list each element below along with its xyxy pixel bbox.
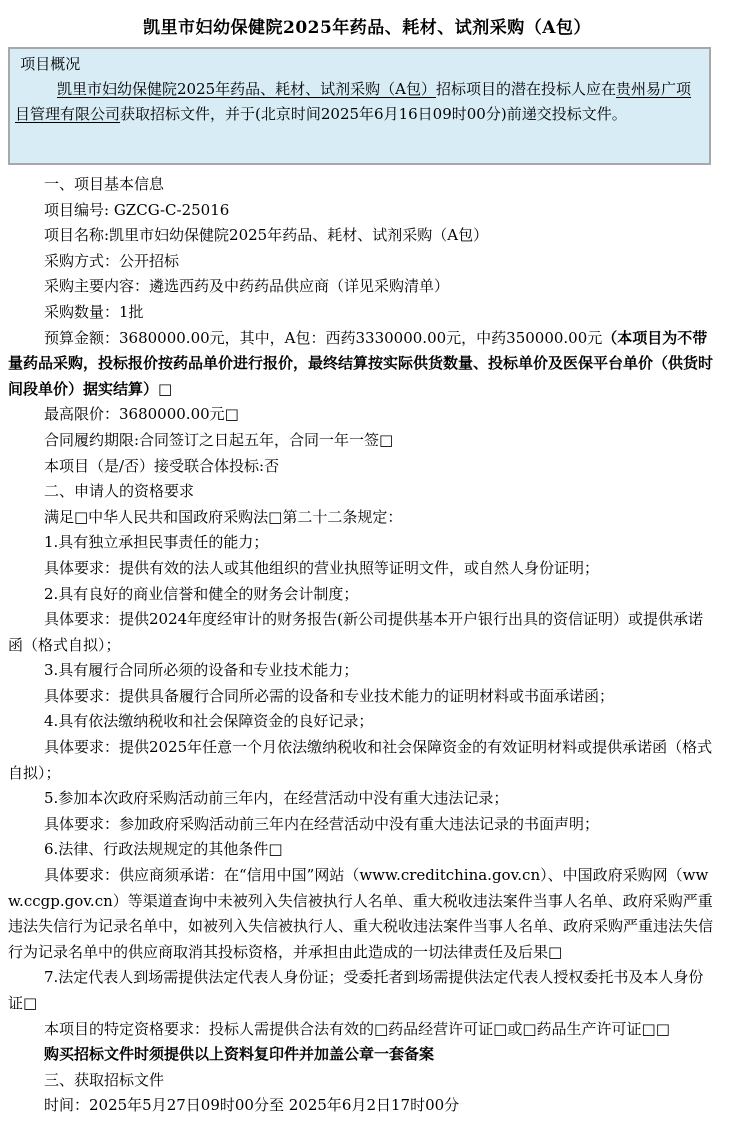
text-segment: 满足□中华人民共和国政府采购法□第二十二条规定： bbox=[44, 508, 402, 526]
text-segment: 本项目（是/否）接受联合体投标:否 bbox=[44, 457, 279, 475]
text-segment: 最高限价：3680000.00元□ bbox=[44, 405, 239, 423]
text-segment: 具体要求：提供2024年度经审计的财务报告(新公司提供基本开户银行出具的资信证明… bbox=[8, 610, 703, 654]
text-segment: 5.参加本次政府采购活动前三年内，在经营活动中没有重大违法记录； bbox=[44, 789, 508, 807]
procurement-quantity: 采购数量：1批 bbox=[8, 300, 718, 326]
text-segment: 合同履约期限:合同签订之日起五年，合同一年一签□ bbox=[44, 431, 393, 449]
section-heading-qualification: 二、申请人的资格要求 bbox=[8, 479, 718, 505]
section-heading-obtain-documents: 三、获取招标文件 bbox=[8, 1068, 718, 1094]
requirement-2-detail: 具体要求：提供2024年度经审计的财务报告(新公司提供基本开户银行出具的资信证明… bbox=[8, 607, 718, 658]
text-segment: 具体要求：提供2025年任意一个月依法缴纳税收和社会保障资金的有效证明材料或提供… bbox=[8, 738, 712, 782]
text-segment: 本项目的特定资格要求：投标人需提供合法有效的□药品经营许可证□或□药品生产许可证… bbox=[44, 1020, 670, 1038]
text-segment: 具体要求：供应商须承诺：在“信用中国”网站（www.creditchina.go… bbox=[8, 866, 713, 961]
overview-project-name-link: 凯里市妇幼保健院2025年药品、耗材、试剂采购（A包） bbox=[57, 80, 436, 98]
max-price-limit: 最高限价：3680000.00元□ bbox=[8, 402, 718, 428]
text-segment: 二、申请人的资格要求 bbox=[44, 482, 194, 500]
consortium-bidding: 本项目（是/否）接受联合体投标:否 bbox=[8, 454, 718, 480]
text-segment: 采购主要内容：遴选西药及中药药品供应商（详见采购清单） bbox=[44, 277, 449, 295]
document-body: 一、项目基本信息项目编号: GZCG-C-25016项目名称:凯里市妇幼保健院2… bbox=[0, 165, 734, 1129]
text-segment: 1.具有独立承担民事责任的能力； bbox=[44, 533, 268, 551]
page-title: 凯里市妇幼保健院2025年药品、耗材、试剂采购（A包） bbox=[0, 0, 734, 47]
text-segment: 7.法定代表人到场需提供法定代表人身份证；受委托者到场需提供法定代表人授权委托书… bbox=[8, 968, 703, 1012]
requirement-1: 1.具有独立承担民事责任的能力； bbox=[8, 530, 718, 556]
requirement-5: 5.参加本次政府采购活动前三年内，在经营活动中没有重大违法记录； bbox=[8, 786, 718, 812]
project-overview-box: 项目概况 凯里市妇幼保健院2025年药品、耗材、试剂采购（A包）招标项目的潜在投… bbox=[8, 47, 711, 165]
overview-text-end: 获取招标文件，并于(北京时间2025年6月16日09时00分)前递交投标文件。 bbox=[120, 105, 627, 123]
text-segment: 6.法律、行政法规规定的其他条件□ bbox=[44, 840, 283, 858]
obtain-time: 时间：2025年5月27日09时00分至 2025年6月2日17时00分 bbox=[8, 1093, 718, 1119]
text-segment: 具体要求：提供有效的法人或其他组织的营业执照等证明文件，或自然人身份证明； bbox=[44, 559, 599, 577]
text-segment: 具体要求：提供具备履行合同所必需的设备和专业技术能力的证明材料或书面承诺函； bbox=[44, 687, 614, 705]
text-segment: 三、获取招标文件 bbox=[44, 1071, 164, 1089]
requirement-3: 3.具有履行合同所必须的设备和专业技术能力； bbox=[8, 658, 718, 684]
procurement-method: 采购方式：公开招标 bbox=[8, 249, 718, 275]
requirement-4: 4.具有依法缴纳税收和社会保障资金的良好记录； bbox=[8, 709, 718, 735]
contract-period: 合同履约期限:合同签订之日起五年，合同一年一签□ bbox=[8, 428, 718, 454]
text-segment: 3.具有履行合同所必须的设备和专业技术能力； bbox=[44, 661, 358, 679]
overview-label: 项目概况 bbox=[15, 52, 699, 77]
requirement-3-detail: 具体要求：提供具备履行合同所必需的设备和专业技术能力的证明材料或书面承诺函； bbox=[8, 684, 718, 710]
text-segment: 2.具有良好的商业信誉和健全的财务会计制度； bbox=[44, 585, 358, 603]
bold-text-segment: 购买招标文件时须提供以上资料复印件并加盖公章一套备案 bbox=[44, 1045, 434, 1063]
text-segment: 4.具有依法缴纳税收和社会保障资金的良好记录； bbox=[44, 712, 373, 730]
requirement-2: 2.具有良好的商业信誉和健全的财务会计制度； bbox=[8, 582, 718, 608]
requirement-1-detail: 具体要求：提供有效的法人或其他组织的营业执照等证明文件，或自然人身份证明； bbox=[8, 556, 718, 582]
text-segment: 项目编号: GZCG-C-25016 bbox=[44, 201, 229, 219]
requirement-5-detail: 具体要求：参加政府采购活动前三年内在经营活动中没有重大违法记录的书面声明； bbox=[8, 812, 718, 838]
text-segment: □ bbox=[158, 380, 172, 398]
text-segment: 采购方式：公开招标 bbox=[44, 252, 179, 270]
text-segment: 一、项目基本信息 bbox=[44, 175, 164, 193]
specific-qualification: 本项目的特定资格要求：投标人需提供合法有效的□药品经营许可证□或□药品生产许可证… bbox=[8, 1017, 718, 1043]
purchase-document-note: 购买招标文件时须提供以上资料复印件并加盖公章一套备案 bbox=[8, 1042, 718, 1068]
overview-text-mid: 招标项目的潜在投标人应在 bbox=[436, 80, 616, 98]
text-segment: 预算金额：3680000.00元，其中，A包：西药3330000.00元，中药3… bbox=[44, 329, 602, 347]
text-segment: 具体要求：参加政府采购活动前三年内在经营活动中没有重大违法记录的书面声明； bbox=[44, 815, 599, 833]
text-segment: 项目名称:凯里市妇幼保健院2025年药品、耗材、试剂采购（A包） bbox=[44, 226, 488, 244]
document-page: 凯里市妇幼保健院2025年药品、耗材、试剂采购（A包） 项目概况 凯里市妇幼保健… bbox=[0, 0, 734, 1129]
text-segment: 采购数量：1批 bbox=[44, 303, 144, 321]
project-name: 项目名称:凯里市妇幼保健院2025年药品、耗材、试剂采购（A包） bbox=[8, 223, 718, 249]
budget-amount: 预算金额：3680000.00元，其中，A包：西药3330000.00元，中药3… bbox=[8, 326, 718, 403]
section-heading-basic-info: 一、项目基本信息 bbox=[8, 172, 718, 198]
requirement-4-detail: 具体要求：提供2025年任意一个月依法缴纳税收和社会保障资金的有效证明材料或提供… bbox=[8, 735, 718, 786]
requirement-6: 6.法律、行政法规规定的其他条件□ bbox=[8, 837, 718, 863]
text-segment: 时间：2025年5月27日09时00分至 2025年6月2日17时00分 bbox=[44, 1096, 459, 1114]
requirement-7: 7.法定代表人到场需提供法定代表人身份证；受委托者到场需提供法定代表人授权委托书… bbox=[8, 965, 718, 1016]
overview-paragraph: 凯里市妇幼保健院2025年药品、耗材、试剂采购（A包）招标项目的潜在投标人应在贵… bbox=[15, 77, 699, 127]
qualification-law: 满足□中华人民共和国政府采购法□第二十二条规定： bbox=[8, 505, 718, 531]
procurement-content: 采购主要内容：遴选西药及中药药品供应商（详见采购清单） bbox=[8, 274, 718, 300]
project-number: 项目编号: GZCG-C-25016 bbox=[8, 198, 718, 224]
requirement-6-detail: 具体要求：供应商须承诺：在“信用中国”网站（www.creditchina.go… bbox=[8, 863, 718, 965]
